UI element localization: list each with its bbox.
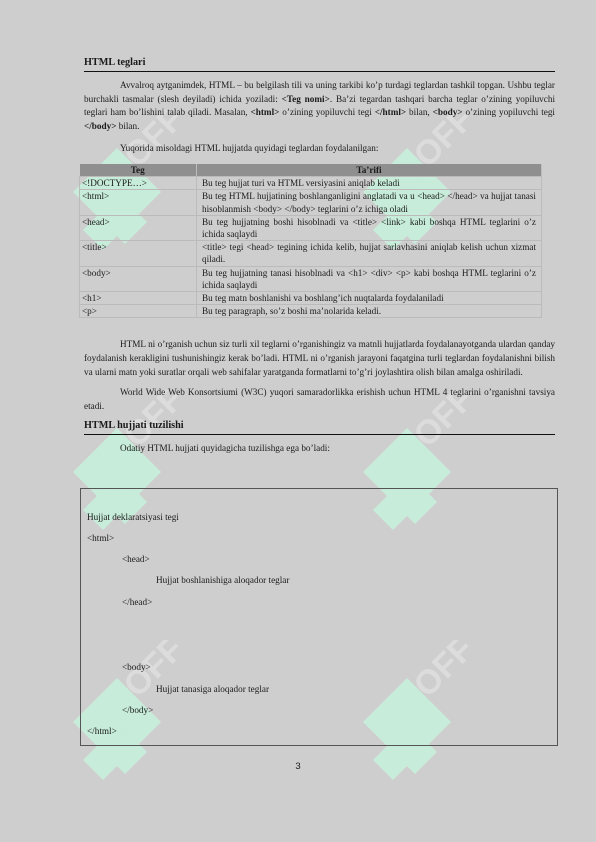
table-row: <body>Bu teg hujjatning tanasi hisoblnad…: [80, 266, 542, 291]
tag-cell: <html>: [80, 190, 197, 215]
tag-cell: <!DOCTYPE…>: [80, 177, 197, 190]
tag-cell: <body>: [80, 266, 197, 291]
description-cell: Bu teg hujjatning tanasi hisoblnadi va <…: [197, 266, 542, 291]
inline-code-bold: </html>: [375, 107, 406, 117]
text-run: o’zining yopiluvchi tegi: [279, 107, 374, 117]
w3c-paragraph: World Wide Web Konsortsiumi (W3C) yuqori…: [84, 386, 555, 413]
code-line: <body>: [122, 662, 151, 672]
table-row: <title><title> tegi <head> tegining ichi…: [80, 241, 542, 266]
table-row: <!DOCTYPE…>Bu teg hujjat turi va HTML ve…: [80, 177, 542, 190]
text-run: bilan,: [406, 107, 433, 117]
code-line: <html>: [87, 533, 114, 543]
tag-cell: <head>: [80, 215, 197, 240]
description-cell: Bu teg hujjatning boshi hisoblnadi va <t…: [197, 215, 542, 240]
code-line: <head>: [122, 554, 150, 564]
table-row: <p>Bu teg paragraph, so’z boshi ma’nolar…: [80, 305, 542, 318]
tag-cell: <title>: [80, 241, 197, 266]
description-cell: Bu teg HTML hujjatining boshlanganligini…: [197, 190, 542, 215]
code-line: </body>: [122, 705, 153, 715]
code-structure-box: Hujjat deklaratsiyasi tegi<html><head>Hu…: [80, 488, 558, 746]
document-page: HTML teglari Avvalroq aytganimdek, HTML …: [84, 56, 555, 456]
table-row: <head>Bu teg hujjatning boshi hisoblnadi…: [80, 215, 542, 240]
description-cell: <title> tegi <head> tegining ichida keli…: [197, 241, 542, 266]
table-row: <h1>Bu teg matn boshlanishi va boshlang’…: [80, 292, 542, 305]
description-cell: Bu teg paragraph, so’z boshi ma’nolarida…: [197, 305, 542, 318]
code-line: Hujjat deklaratsiyasi tegi: [87, 512, 179, 522]
inline-code-bold: </body>: [84, 121, 116, 131]
intro-paragraph: Avvalroq aytganimdek, HTML – bu belgilas…: [84, 79, 555, 133]
column-header-description: Ta’rifi: [197, 164, 542, 177]
table-row: <html>Bu teg HTML hujjatining boshlangan…: [80, 190, 542, 215]
page-number: 3: [0, 761, 596, 772]
code-line: </head>: [122, 597, 152, 607]
structure-intro: Odatiy HTML hujjati quyidagicha tuzilish…: [84, 442, 555, 456]
text-run: bilan.: [116, 121, 139, 131]
column-header-tag: Teg: [80, 164, 197, 177]
code-line: </html>: [87, 726, 117, 736]
code-line: Hujjat boshlanishiga aloqador teglar: [156, 575, 289, 585]
table-header-row: Teg Ta’rifi: [80, 164, 542, 177]
learning-paragraph: HTML ni o’rganish uchun siz turli xil te…: [84, 338, 555, 379]
inline-code-bold: <html>: [251, 107, 280, 117]
code-line: Hujjat tanasiga aloqador teglar: [156, 684, 269, 694]
inline-code-bold: <Teg nomi>: [282, 94, 330, 104]
text-run: o’zining yopiluvchi tegi: [463, 107, 555, 117]
table-intro: Yuqorida misoldagi HTML hujjatda quyidag…: [84, 142, 555, 156]
description-cell: Bu teg matn boshlanishi va boshlang’ich …: [197, 292, 542, 305]
tag-cell: <h1>: [80, 292, 197, 305]
tag-cell: <p>: [80, 305, 197, 318]
section-heading-html-tags: HTML teglari: [84, 56, 555, 72]
description-cell: Bu teg hujjat turi va HTML versiyasini a…: [197, 177, 542, 190]
inline-code-bold: <body>: [433, 107, 463, 117]
tags-table: Teg Ta’rifi <!DOCTYPE…>Bu teg hujjat tur…: [79, 164, 542, 318]
section-heading-document-structure: HTML hujjati tuzilishi: [84, 419, 555, 435]
